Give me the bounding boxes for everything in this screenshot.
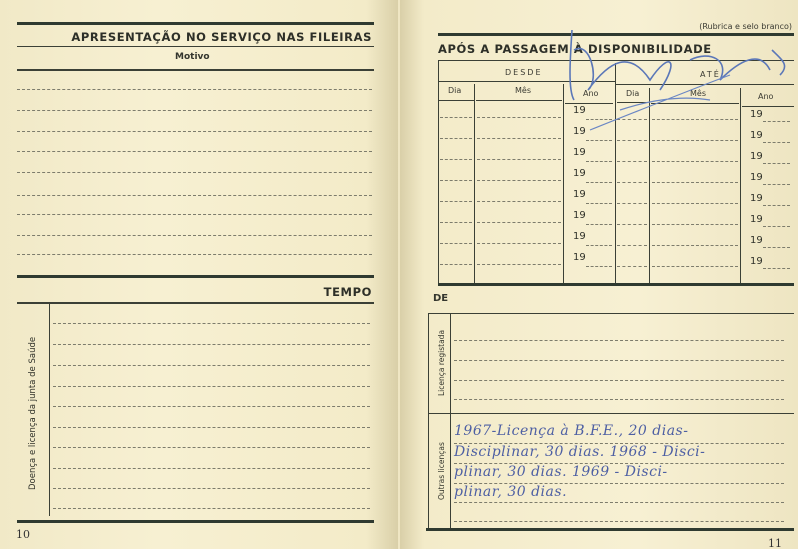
ano-ate-field[interactable] bbox=[763, 226, 790, 227]
dia-ate-field[interactable] bbox=[617, 140, 647, 141]
side-label-outras-licencas: Outras licenças bbox=[437, 442, 446, 500]
ano-ate-field[interactable] bbox=[763, 247, 790, 248]
year-prefix: 19 bbox=[573, 168, 586, 179]
handwritten-line: Disciplinar, 30 dias. 1968 - Disci- bbox=[454, 444, 705, 460]
column-divider bbox=[428, 313, 429, 528]
dia-desde-field[interactable] bbox=[440, 243, 472, 244]
header-desde: DESDE bbox=[505, 68, 543, 77]
mes-desde-field[interactable] bbox=[477, 138, 561, 139]
handwritten-line: plinar, 30 dias. 1969 - Disci- bbox=[454, 464, 668, 480]
mes-ate-field[interactable] bbox=[652, 182, 738, 183]
mes-desde-field[interactable] bbox=[477, 264, 561, 265]
divider bbox=[17, 46, 374, 47]
mes-desde-field[interactable] bbox=[477, 159, 561, 160]
page-number: 10 bbox=[16, 528, 30, 541]
divider bbox=[17, 69, 374, 71]
ano-desde-field[interactable] bbox=[586, 161, 612, 162]
motivo-line[interactable] bbox=[17, 195, 372, 196]
divider bbox=[476, 100, 562, 101]
licenca-line[interactable] bbox=[454, 360, 784, 361]
dia-desde-field[interactable] bbox=[440, 264, 472, 265]
divider bbox=[438, 100, 474, 101]
year-prefix: 19 bbox=[573, 147, 586, 158]
divider bbox=[438, 283, 794, 286]
outras-line[interactable] bbox=[454, 521, 784, 522]
dia-desde-field[interactable] bbox=[440, 222, 472, 223]
licenca-line[interactable] bbox=[454, 340, 784, 341]
mes-ate-field[interactable] bbox=[652, 203, 738, 204]
year-prefix: 19 bbox=[750, 172, 763, 183]
motivo-line[interactable] bbox=[17, 214, 372, 215]
column-divider bbox=[438, 60, 439, 283]
mes-ate-field[interactable] bbox=[652, 266, 738, 267]
divider bbox=[17, 22, 374, 25]
mes-ate-field[interactable] bbox=[652, 245, 738, 246]
mes-ate-field[interactable] bbox=[652, 161, 738, 162]
ano-ate-field[interactable] bbox=[763, 268, 790, 269]
dia-desde-field[interactable] bbox=[440, 117, 472, 118]
dia-desde-field[interactable] bbox=[440, 201, 472, 202]
mes-ate-field[interactable] bbox=[652, 224, 738, 225]
dia-ate-field[interactable] bbox=[617, 161, 647, 162]
dia-desde-field[interactable] bbox=[440, 159, 472, 160]
divider bbox=[426, 528, 794, 531]
divider bbox=[428, 413, 794, 414]
col-mes-desde: Mês bbox=[515, 86, 531, 95]
tempo-line[interactable] bbox=[53, 386, 370, 387]
ano-desde-field[interactable] bbox=[586, 245, 612, 246]
tempo-line[interactable] bbox=[53, 468, 370, 469]
column-divider bbox=[474, 84, 475, 283]
motivo-line[interactable] bbox=[17, 254, 372, 255]
mes-desde-field[interactable] bbox=[477, 180, 561, 181]
handwritten-line: 1967-Licença à B.F.E., 20 dias- bbox=[454, 423, 688, 439]
section-title-tempo: TEMPO bbox=[324, 285, 372, 299]
motivo-line[interactable] bbox=[17, 110, 372, 111]
dia-ate-field[interactable] bbox=[617, 245, 647, 246]
section-title-apresentacao: APRESENTAÇÃO NO SERVIÇO NAS FILEIRAS bbox=[71, 30, 372, 44]
mes-desde-field[interactable] bbox=[477, 222, 561, 223]
ano-desde-field[interactable] bbox=[586, 224, 612, 225]
ano-desde-field[interactable] bbox=[586, 140, 612, 141]
year-prefix: 19 bbox=[750, 256, 763, 267]
tempo-line[interactable] bbox=[53, 508, 370, 509]
year-prefix: 19 bbox=[573, 231, 586, 242]
dia-desde-field[interactable] bbox=[440, 138, 472, 139]
divider bbox=[17, 302, 374, 304]
handwritten-line: plinar, 30 dias. bbox=[454, 484, 567, 500]
tempo-line[interactable] bbox=[53, 344, 370, 345]
dia-ate-field[interactable] bbox=[617, 266, 647, 267]
year-prefix: 19 bbox=[573, 252, 586, 263]
licenca-line[interactable] bbox=[454, 399, 784, 400]
motivo-line[interactable] bbox=[17, 235, 372, 236]
tempo-line[interactable] bbox=[53, 488, 370, 489]
side-label-licenca-registada: Licença registada bbox=[437, 330, 446, 396]
tempo-line[interactable] bbox=[53, 365, 370, 366]
dia-desde-field[interactable] bbox=[440, 180, 472, 181]
ano-desde-field[interactable] bbox=[586, 182, 612, 183]
tempo-line[interactable] bbox=[53, 323, 370, 324]
outras-line[interactable] bbox=[454, 502, 784, 503]
licenca-line[interactable] bbox=[454, 380, 784, 381]
mes-desde-field[interactable] bbox=[477, 117, 561, 118]
year-prefix: 19 bbox=[573, 189, 586, 200]
col-dia-desde: Dia bbox=[448, 86, 461, 95]
divider bbox=[17, 275, 374, 278]
year-prefix: 19 bbox=[750, 151, 763, 162]
mes-ate-field[interactable] bbox=[652, 140, 738, 141]
divider bbox=[17, 520, 374, 523]
divider bbox=[428, 313, 794, 314]
year-prefix: 19 bbox=[750, 214, 763, 225]
dia-ate-field[interactable] bbox=[617, 182, 647, 183]
side-label-doenca: Doença e licença da junta de Saúde bbox=[28, 337, 38, 490]
motivo-line[interactable] bbox=[17, 151, 372, 152]
page-number: 11 bbox=[768, 537, 782, 549]
motivo-line[interactable] bbox=[17, 89, 372, 90]
ano-ate-field[interactable] bbox=[763, 205, 790, 206]
ano-desde-field[interactable] bbox=[586, 266, 612, 267]
column-divider bbox=[49, 304, 50, 516]
dia-ate-field[interactable] bbox=[617, 224, 647, 225]
ano-ate-field[interactable] bbox=[763, 142, 790, 143]
column-header-motivo: Motivo bbox=[175, 52, 210, 62]
right-page: (Rubrica e selo branco) APÓS A PASSAGEM … bbox=[400, 0, 798, 549]
tempo-line[interactable] bbox=[53, 447, 370, 448]
left-page: APRESENTAÇÃO NO SERVIÇO NAS FILEIRAS Mot… bbox=[0, 0, 398, 549]
signature-icon bbox=[560, 20, 798, 140]
motivo-line[interactable] bbox=[17, 172, 372, 173]
motivo-line[interactable] bbox=[17, 131, 372, 132]
column-divider bbox=[450, 313, 451, 528]
year-prefix: 19 bbox=[573, 210, 586, 221]
mes-desde-field[interactable] bbox=[477, 201, 561, 202]
mes-desde-field[interactable] bbox=[477, 243, 561, 244]
tempo-line[interactable] bbox=[53, 427, 370, 428]
de-label: DE bbox=[433, 293, 448, 304]
ano-ate-field[interactable] bbox=[763, 163, 790, 164]
ano-ate-field[interactable] bbox=[763, 184, 790, 185]
ano-desde-field[interactable] bbox=[586, 203, 612, 204]
tempo-line[interactable] bbox=[53, 406, 370, 407]
year-prefix: 19 bbox=[750, 235, 763, 246]
year-prefix: 19 bbox=[750, 193, 763, 204]
dia-ate-field[interactable] bbox=[617, 203, 647, 204]
